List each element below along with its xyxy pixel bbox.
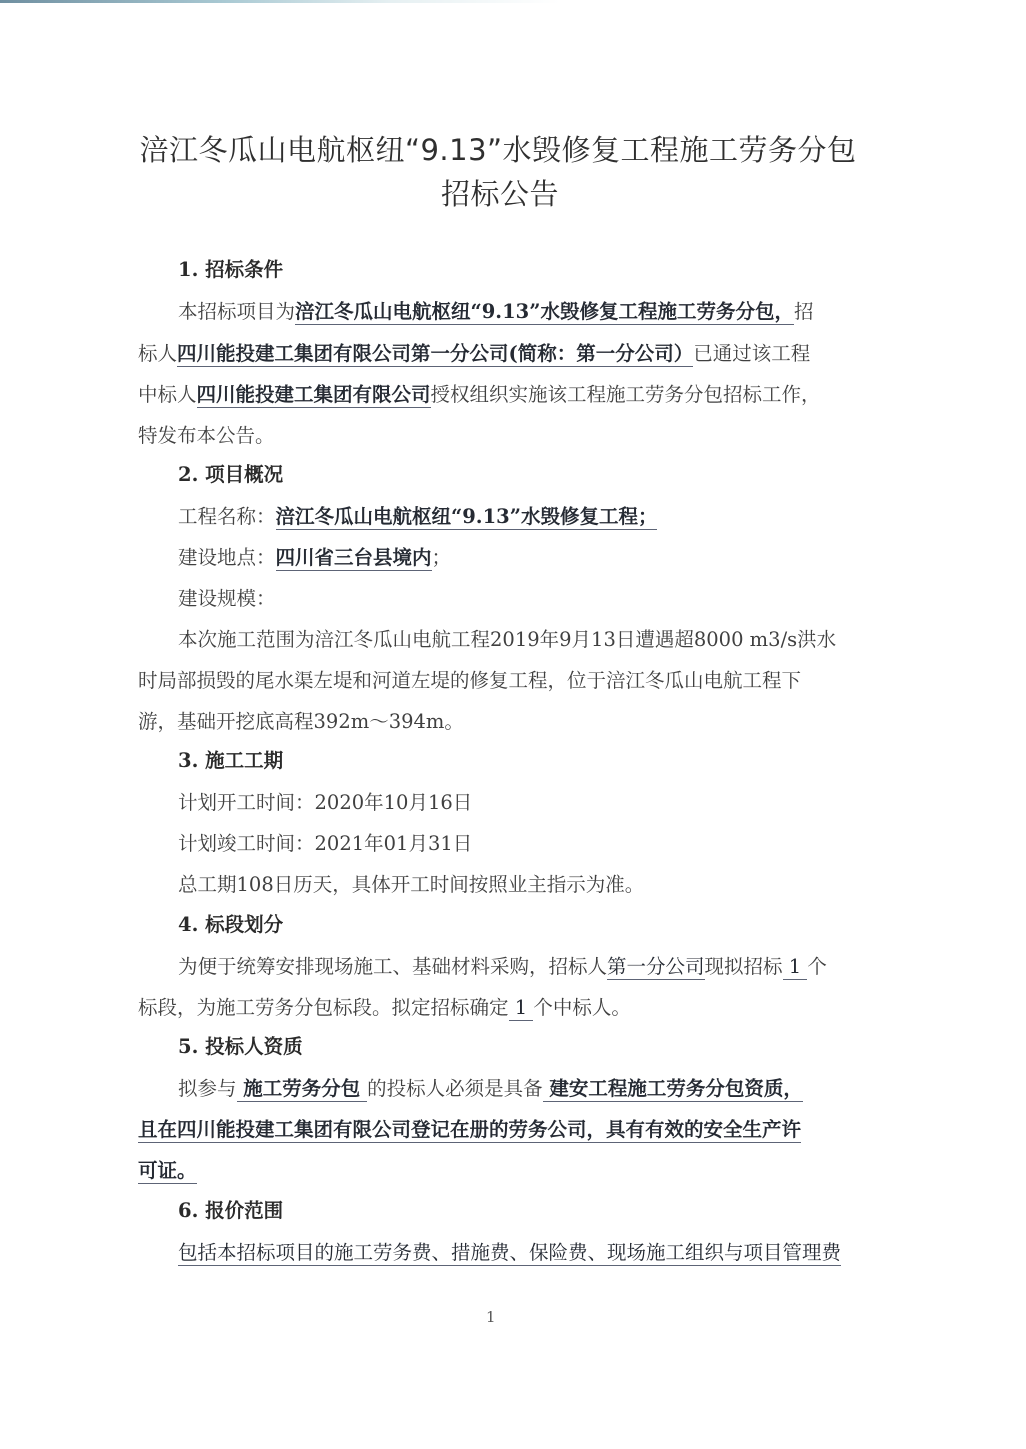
- section-2-heading: 2. 项目概况: [178, 463, 283, 487]
- lot-count: 1: [783, 955, 808, 980]
- text: 个中标人。: [533, 996, 631, 1019]
- scale-text-line-2: 时局部损毁的尾水渠左堤和河道左堤的修复工程，位于涪江冬瓜山电航工程下: [138, 669, 801, 693]
- scan-edge-artifact: [0, 0, 560, 3]
- end-date-value: 2021年01月31日: [315, 832, 473, 855]
- section-5-line-3: 可证。: [138, 1159, 197, 1183]
- end-date-row: 计划竣工时间：2021年01月31日: [178, 832, 472, 856]
- project-name-value: 涪江冬瓜山电航枢纽“9.13”水毁修复工程；: [276, 505, 658, 530]
- section-4-line-1: 为便于统筹安排现场施工、基础材料采购，招标人第一分公司现拟招标 1 个: [178, 955, 827, 979]
- qualification-underlined-end: 可证。: [138, 1159, 197, 1184]
- project-name-row: 工程名称：涪江冬瓜山电航枢纽“9.13”水毁修复工程；: [178, 505, 657, 529]
- text: 标人: [138, 342, 177, 365]
- scale-label: 建设规模：: [178, 587, 276, 611]
- section-1-heading: 1. 招标条件: [178, 258, 283, 282]
- document-subtitle: 招标公告: [0, 172, 1000, 213]
- company-underlined: 第一分公司: [607, 955, 705, 980]
- label: 建设地点：: [178, 546, 276, 569]
- document-title: 涪江冬瓜山电航枢纽“9.13”水毁修复工程施工劳务分包: [0, 128, 998, 169]
- text: 拟参与: [178, 1077, 237, 1100]
- section-6-heading: 6. 报价范围: [178, 1199, 283, 1223]
- section-5-heading: 5. 投标人资质: [178, 1035, 303, 1059]
- text: 招: [794, 300, 814, 323]
- scope-underlined: 施工劳务分包: [237, 1077, 368, 1102]
- text: 为便于统筹安排现场施工、基础材料采购，招标人: [178, 955, 607, 978]
- text: 个: [807, 955, 827, 978]
- section-1-paragraph-line-2: 标人四川能投建工集团有限公司第一分公司(简称：第一分公司）已通过该工程: [138, 342, 810, 366]
- label: 工程名称：: [178, 505, 276, 528]
- section-5-line-1: 拟参与 施工劳务分包 的投标人必须是具备 建安工程施工劳务分包资质，: [178, 1077, 803, 1101]
- section-1-paragraph-line-3: 中标人四川能投建工集团有限公司授权组织实施该工程施工劳务分包招标工作，: [138, 383, 821, 407]
- text: 的投标人必须是具备: [367, 1077, 543, 1100]
- scale-text-line-3: 游，基础开挖底高程392m～394m。: [138, 710, 464, 734]
- tenderer-underlined: 四川能投建工集团有限公司第一分公司(简称：第一分公司）: [177, 342, 693, 367]
- location-value: 四川省三台县境内: [276, 546, 432, 571]
- location-row: 建设地点：四川省三台县境内；: [178, 546, 451, 570]
- text: 授权组织实施该工程施工劳务分包招标工作，: [431, 383, 821, 406]
- start-date-row: 计划开工时间：2020年10月16日: [178, 791, 472, 815]
- winner-count: 1: [509, 996, 534, 1021]
- text: 现拟招标: [705, 955, 783, 978]
- label: 计划竣工时间：: [178, 832, 315, 855]
- pricing-scope-underlined: 包括本招标项目的施工劳务费、措施费、保险费、现场施工组织与项目管理费: [178, 1241, 841, 1266]
- scale-text-line-1: 本次施工范围为涪江冬瓜山电航工程2019年9月13日遭遇超8000 m3/s洪水: [178, 628, 836, 652]
- start-date-value: 2020年10月16日: [315, 791, 473, 814]
- section-3-heading: 3. 施工工期: [178, 749, 283, 773]
- text: 已通过该工程: [693, 342, 810, 365]
- qualification-underlined: 建安工程施工劳务分包资质，: [543, 1077, 803, 1102]
- qualification-underlined-cont: 且在四川能投建工集团有限公司登记在册的劳务公司，具有有效的安全生产许: [138, 1118, 801, 1143]
- total-duration: 总工期108日历天，具体开工时间按照业主指示为准。: [178, 873, 644, 897]
- text: 标段，为施工劳务分包标段。拟定招标确定: [138, 996, 509, 1019]
- page-number: 1: [486, 1308, 496, 1326]
- winner-underlined: 四川能投建工集团有限公司: [197, 383, 431, 408]
- project-name-underlined: 涪江冬瓜山电航枢纽“9.13”水毁修复工程施工劳务分包，: [295, 300, 794, 325]
- section-6-line-1: 包括本招标项目的施工劳务费、措施费、保险费、现场施工组织与项目管理费: [178, 1241, 841, 1265]
- section-4-heading: 4. 标段划分: [178, 913, 283, 937]
- text: 中标人: [138, 383, 197, 406]
- text: 本招标项目为: [178, 300, 295, 323]
- section-1-paragraph-line-1: 本招标项目为涪江冬瓜山电航枢纽“9.13”水毁修复工程施工劳务分包，招: [178, 300, 813, 324]
- section-1-paragraph-line-4: 特发布本公告。: [138, 424, 275, 448]
- section-5-line-2: 且在四川能投建工集团有限公司登记在册的劳务公司，具有有效的安全生产许: [138, 1118, 801, 1142]
- label: 计划开工时间：: [178, 791, 315, 814]
- text: ；: [432, 546, 452, 569]
- section-4-line-2: 标段，为施工劳务分包标段。拟定招标确定 1 个中标人。: [138, 996, 631, 1020]
